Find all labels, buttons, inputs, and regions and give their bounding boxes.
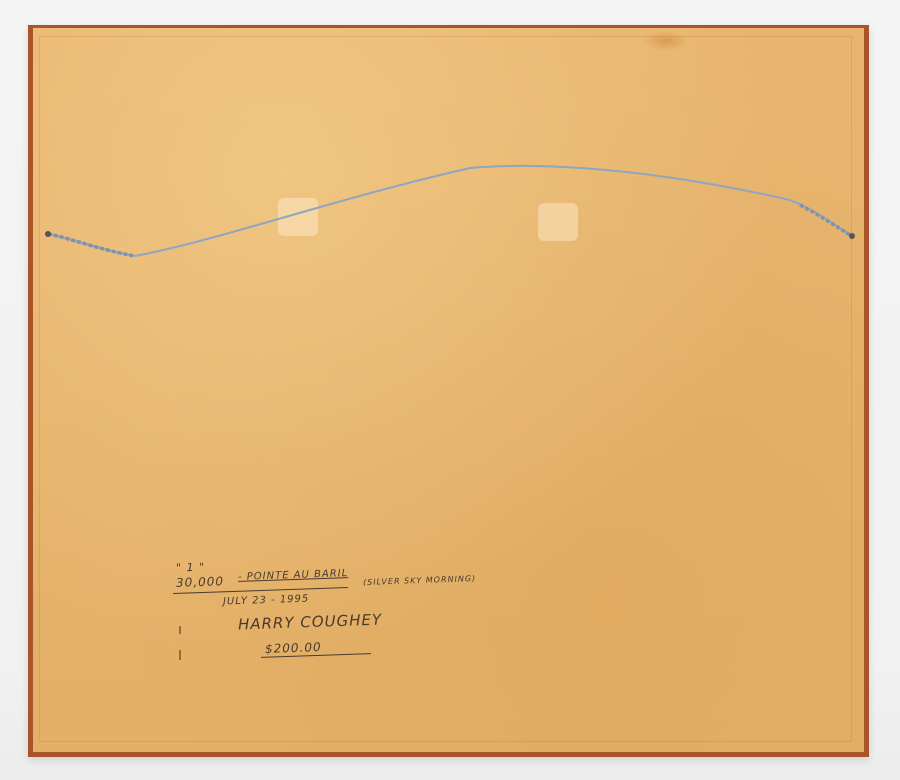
screw-eye-left <box>45 231 51 237</box>
hanging-wire <box>0 0 900 780</box>
screw-eye-right <box>849 233 855 239</box>
